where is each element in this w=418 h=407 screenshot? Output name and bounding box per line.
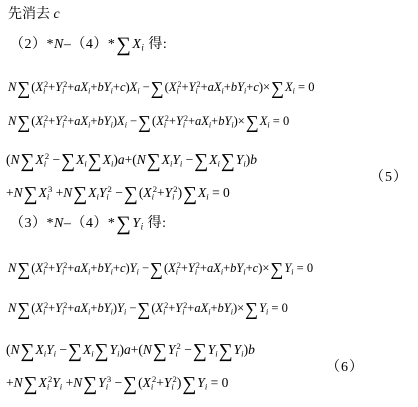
equation-6-number: （6） (326, 356, 364, 376)
equation-5-block: (N∑Xi2 −∑Xi∑Xi)a+(N∑XiYi −∑Xi∑Yi)b +N∑Xi… (6, 143, 412, 209)
heading-eliminate-c: 先消去 c (8, 4, 60, 25)
step-combine-eq2-eq4: （2）*N–（4）*∑Xi 得: (10, 34, 167, 55)
equation-5-line-2: +N∑Xi3 +N∑XiYi2 −∑(Xi2+Yi2)∑Xi = 0 (6, 176, 412, 209)
equation-5-line-1: (N∑Xi2 −∑Xi∑Xi)a+(N∑XiYi −∑Xi∑Yi)b (6, 143, 412, 176)
equation-5-number: （5） (370, 166, 408, 186)
equation-expand-x-simplified: N∑(Xi2+Yi2+aXi+bYi)Xi −∑(Xi2+Yi2+aXi+bYi… (8, 112, 289, 131)
step-combine-eq3-eq4: （3）*N–（4）*∑Yi 得: (10, 213, 167, 234)
equation-expand-y-full: N∑(Xi2+Yi2+aXi+bYi+c)Yi −∑(Xi2+Yi2+aXi+b… (8, 259, 313, 278)
equation-expand-x-full: N∑(Xi2+Yi2+aXi+bYi+c)Xi −∑(Xi2+Yi2+aXi+b… (8, 78, 314, 97)
equation-expand-y-simplified: N∑(Xi2+Yi2+aXi+bYi)Yi −∑(Xi2+Yi2+aXi+bYi… (8, 299, 288, 318)
equation-6-block: (N∑XiYi −∑Xi∑Yi)a+(N∑Yi2 −∑Yi∑Yi)b +N∑Xi… (6, 333, 412, 399)
math-derivation-document: 先消去 c （2）*N–（4）*∑Xi 得: N∑(Xi2+Yi2+aXi+bY… (0, 0, 418, 407)
